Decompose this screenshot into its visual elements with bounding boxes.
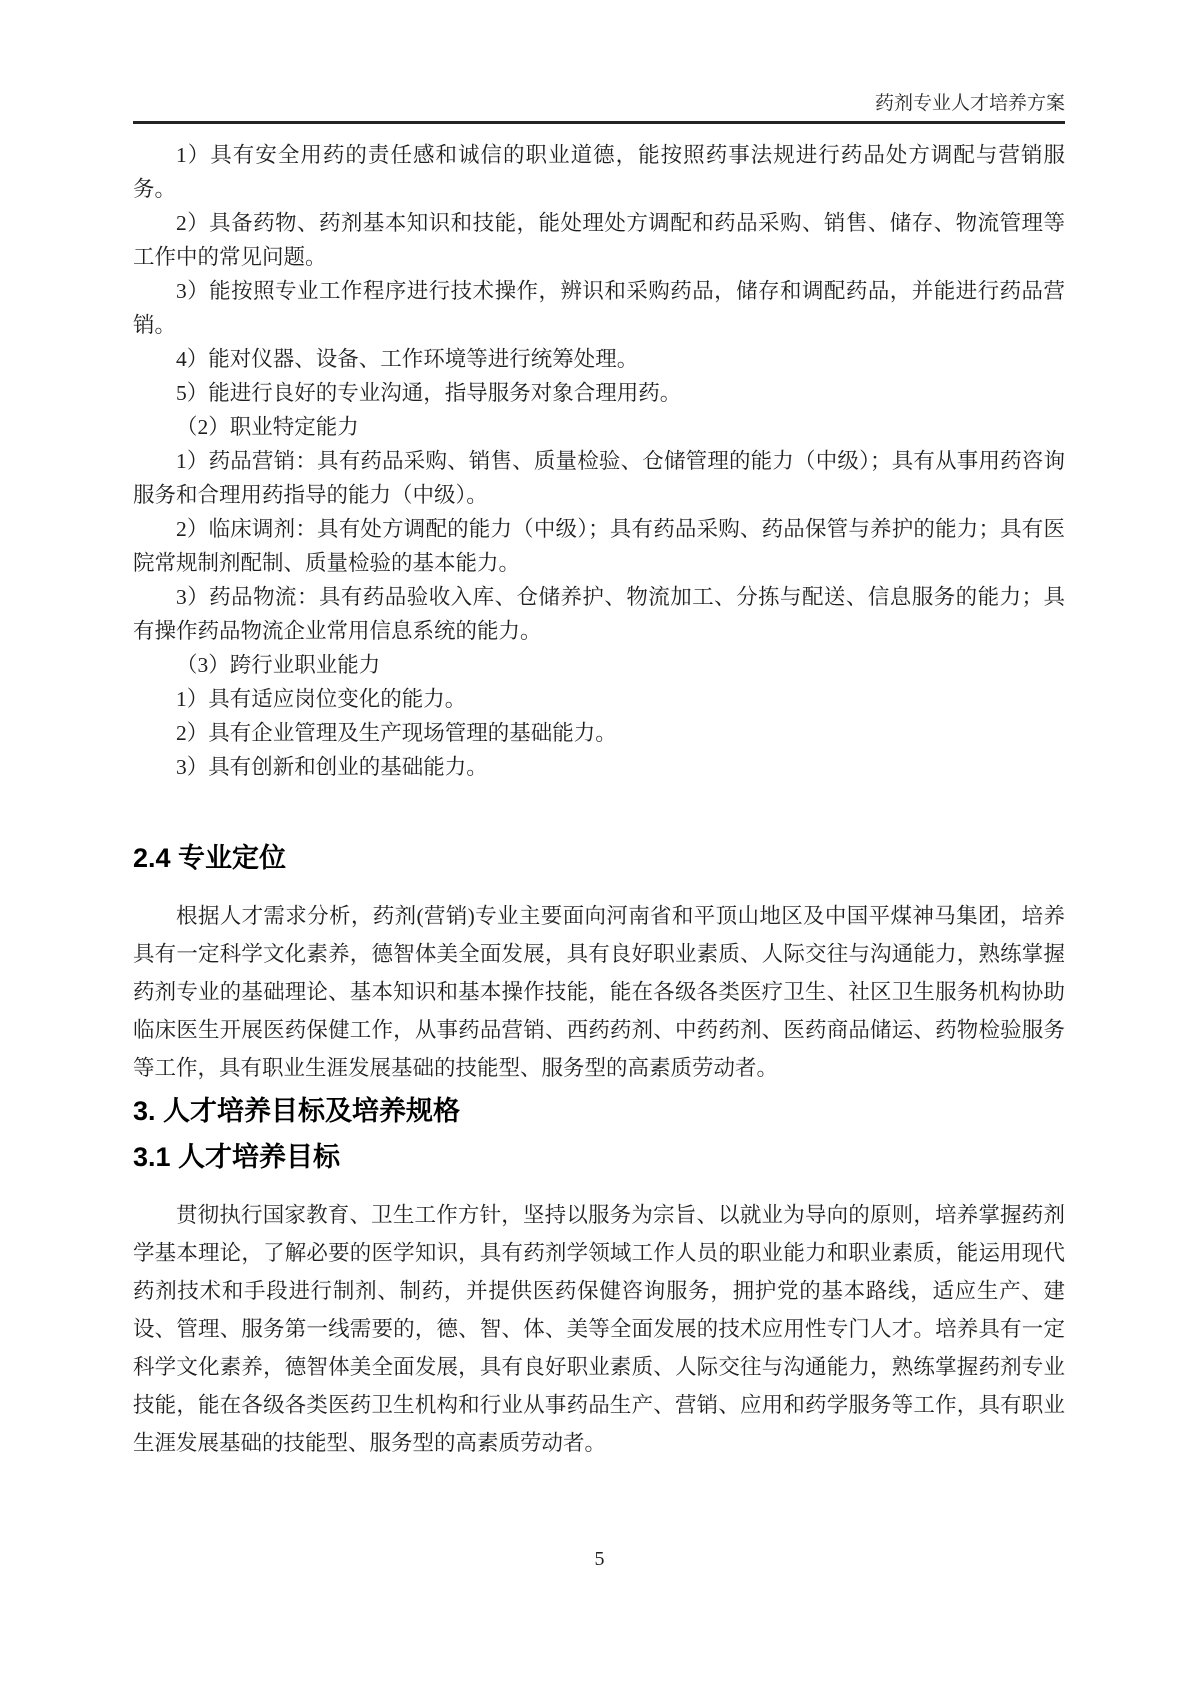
list-item: 1）具有适应岗位变化的能力。 xyxy=(133,682,1065,716)
list-item: （2）职业特定能力 xyxy=(133,410,1065,444)
page-number: 5 xyxy=(0,1548,1199,1571)
section-heading-3: 3. 人才培养目标及培养规格 xyxy=(133,1091,1065,1131)
paragraph-3-1: 贯彻执行国家教育、卫生工作方针，坚持以服务为宗旨、以就业为导向的原则，培养掌握药… xyxy=(133,1196,1065,1462)
document-body: 1）具有安全用药的责任感和诚信的职业道德，能按照药事法规进行药品处方调配与营销服… xyxy=(133,138,1065,1462)
page-header: 药剂专业人才培养方案 xyxy=(133,93,1065,124)
list-item: 4）能对仪器、设备、工作环境等进行统筹处理。 xyxy=(133,342,1065,376)
list-item: 2）具备药物、药剂基本知识和技能，能处理处方调配和药品采购、销售、储存、物流管理… xyxy=(133,206,1065,274)
section-heading-3-1: 3.1 人才培养目标 xyxy=(133,1137,1065,1177)
document-page: 药剂专业人才培养方案 1）具有安全用药的责任感和诚信的职业道德，能按照药事法规进… xyxy=(0,0,1199,1696)
paragraph-2-4: 根据人才需求分析，药剂(营销)专业主要面向河南省和平顶山地区及中国平煤神马集团，… xyxy=(133,897,1065,1087)
list-item: 1）具有安全用药的责任感和诚信的职业道德，能按照药事法规进行药品处方调配与营销服… xyxy=(133,138,1065,206)
list-item: 3）具有创新和创业的基础能力。 xyxy=(133,750,1065,784)
list-item: 2）具有企业管理及生产现场管理的基础能力。 xyxy=(133,716,1065,750)
list-item: 1）药品营销：具有药品采购、销售、质量检验、仓储管理的能力（中级）；具有从事用药… xyxy=(133,444,1065,512)
list-item: 2）临床调剂：具有处方调配的能力（中级）；具有药品采购、药品保管与养护的能力；具… xyxy=(133,512,1065,580)
list-item: 3）能按照专业工作程序进行技术操作，辨识和采购药品，储存和调配药品，并能进行药品… xyxy=(133,274,1065,342)
section-heading-2-4: 2.4 专业定位 xyxy=(133,838,1065,878)
list-item: 5）能进行良好的专业沟通，指导服务对象合理用药。 xyxy=(133,376,1065,410)
header-title: 药剂专业人才培养方案 xyxy=(875,93,1065,114)
list-item: 3）药品物流：具有药品验收入库、仓储养护、物流加工、分拣与配送、信息服务的能力；… xyxy=(133,580,1065,648)
list-item: （3）跨行业职业能力 xyxy=(133,648,1065,682)
